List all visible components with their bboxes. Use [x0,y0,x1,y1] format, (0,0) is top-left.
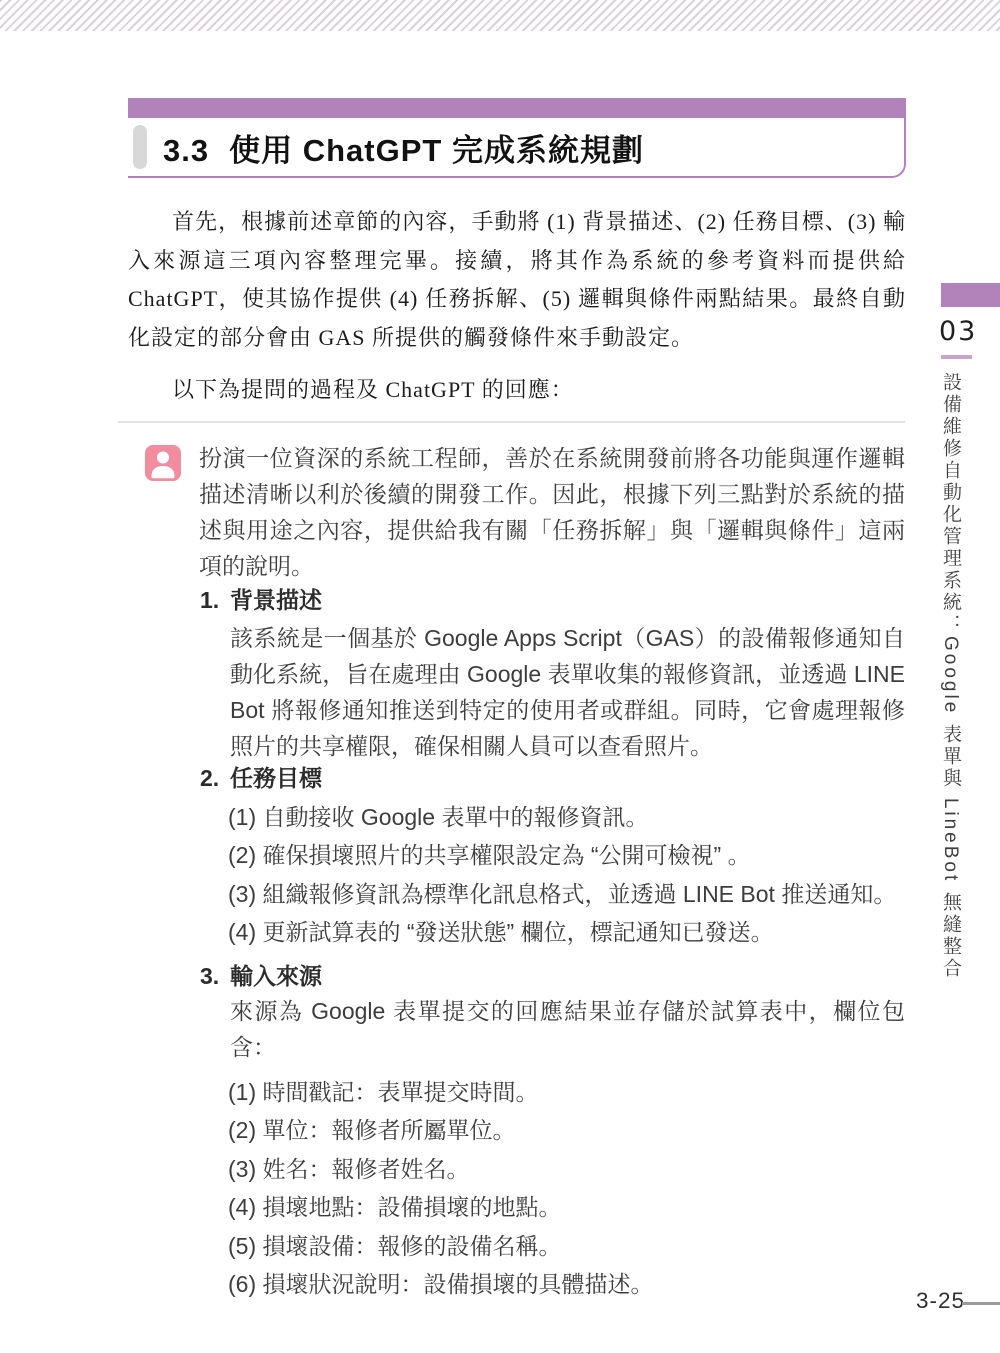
input-field-list: (1) 時間戳記：表單提交時間。 (2) 單位：報修者所屬單位。 (3) 姓名：… [228,1074,905,1303]
decorative-stripes [0,0,1000,31]
chapter-title-vertical: 設備維修自動化管理系統：Google 表單與 LineBot 無縫整合 [937,372,964,957]
section-heading: 任務目標 [230,764,322,792]
prompt-text: 扮演一位資深的系統工程師，善於在系統開發前將各功能與運作邏輯描述清晰以利於後續的… [199,440,905,584]
section-heading: 輸入來源 [230,962,322,990]
header-pill [133,125,147,169]
content-divider [118,421,905,423]
user-prompt-row: 扮演一位資深的系統工程師，善於在系統開發前將各功能與運作邏輯描述清晰以利於後續的… [145,440,905,584]
section-heading-row: 2. 任務目標 [200,764,905,792]
intro-paragraphs: 首先，根據前述章節的內容，手動將 (1) 背景描述、(2) 任務目標、(3) 輸… [128,203,906,410]
prompt-block: 扮演一位資深的系統工程師，善於在系統開發前將各功能與運作邏輯描述清晰以利於後續的… [145,440,905,1305]
chapter-tab [941,283,1000,307]
list-item: (4) 更新試算表的 “發送狀態” 欄位，標記通知已發送。 [228,914,905,950]
list-item: (1) 時間戳記：表單提交時間。 [228,1074,905,1110]
list-item: (2) 單位：報修者所屬單位。 [228,1112,905,1148]
prompt-section-background: 1. 背景描述 該系統是一個基於 Google Apps Script（GAS）… [200,586,905,765]
user-avatar-icon [145,445,181,481]
list-item: (5) 損壞設備：報修的設備名稱。 [228,1228,905,1264]
section-heading-row: 3. 輸入來源 [200,962,905,990]
section-body: 來源為 Google 表單提交的回應結果並存儲於試算表中，欄位包含： [230,993,905,1065]
list-item: (3) 姓名：報修者姓名。 [228,1151,905,1187]
page-title: 3.3使用 ChatGPT 完成系統規劃 [163,125,644,170]
header-accent-bar [128,98,906,118]
intro-paragraph-2: 以下為提問的過程及 ChatGPT 的回應： [128,371,906,410]
list-item: (6) 損壞狀況說明：設備損壞的具體描述。 [228,1266,905,1302]
list-item: (4) 損壞地點：設備損壞的地點。 [228,1189,905,1225]
prompt-section-inputs: 3. 輸入來源 來源為 Google 表單提交的回應結果並存儲於試算表中，欄位包… [200,962,905,1302]
intro-paragraph-1: 首先，根據前述章節的內容，手動將 (1) 背景描述、(2) 任務目標、(3) 輸… [128,203,906,357]
chapter-number: 03 [939,316,977,347]
section-body: 該系統是一個基於 Google Apps Script（GAS）的設備報修通知自… [230,620,905,764]
list-item: (2) 確保損壞照片的共享權限設定為 “公開可檢視” 。 [228,837,905,873]
section-number-label: 3. [200,962,230,990]
prompt-section-goals: 2. 任務目標 (1) 自動接收 Google 表單中的報修資訊。 (2) 確保… [200,764,905,950]
chapter-dash [941,355,972,359]
list-item: (3) 組織報修資訊為標準化訊息格式，並透過 LINE Bot 推送通知。 [228,876,905,912]
list-item: (1) 自動接收 Google 表單中的報修資訊。 [228,799,905,835]
header-title-box: 3.3使用 ChatGPT 完成系統規劃 [128,118,906,178]
section-title: 使用 ChatGPT 完成系統規劃 [229,133,644,168]
goal-list: (1) 自動接收 Google 表單中的報修資訊。 (2) 確保損壞照片的共享權… [228,799,905,951]
section-heading-row: 1. 背景描述 [200,586,905,614]
page-number: 3-25 [916,1288,965,1314]
section-heading: 背景描述 [230,586,322,614]
section-number: 3.3 [163,133,209,168]
section-number-label: 2. [200,764,230,792]
section-header: 3.3使用 ChatGPT 完成系統規劃 [128,98,906,178]
person-icon [145,445,181,481]
section-number-label: 1. [200,586,230,614]
footer-rule [962,1302,1000,1305]
